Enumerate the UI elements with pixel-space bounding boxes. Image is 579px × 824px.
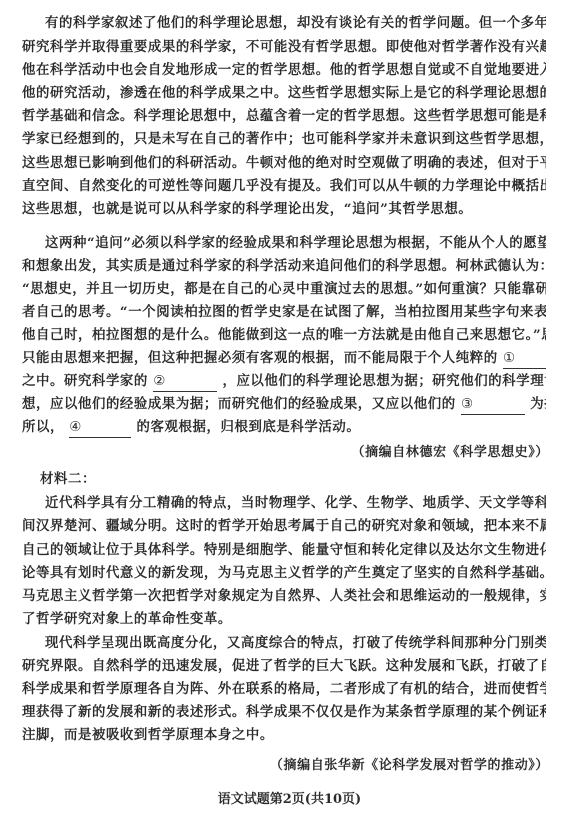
text-line: 科学成果和哲学原理各自为阵、外在联系的格局，二者形成了有机的结合，进而使哲学原 (22, 678, 546, 700)
exam-page: 有的科学家叙述了他们的科学理论思想，却没有谈论有关的哲学问题。但一个多年 研究科… (0, 0, 579, 824)
text-line: 自己的领域让位于具体科学。特别是细胞学、能量守恒和转化定律以及达尔文生物进化 (22, 539, 546, 561)
text-line: 者自己的思考。“一个阅读柏拉图的哲学史家是在试图了解，当柏拉图用某些字句来表达 (22, 301, 546, 323)
fill-blank-3[interactable]: ③ (461, 396, 525, 415)
text-line: 了哲学研究对象上的革命性变革。 (22, 608, 546, 630)
text-line: 现代科学呈现出既高度分化，又高度综合的特点，打破了传统学科间那种分门别类的 (45, 632, 546, 654)
text-fragment: 为据。 (530, 396, 546, 412)
text-line: 哲学基础和信念。科学理论思想中，总蕴含着一定的哲学思想。这些哲学思想可能是科 (22, 105, 546, 127)
text-line: 注脚，而是被吸收到哲学原理本身之中。 (22, 724, 546, 746)
text-line: 间汉界楚河、疆域分明。这时的哲学开始思考属于自己的研究对象和领域，把本来不属于 (22, 515, 546, 537)
text-line: 和想象出发，其实质是通过科学家的科学活动来追问他们的科学思想。柯林武德认为： (22, 255, 546, 277)
text-fragment: 之中。研究科学家的 (22, 373, 148, 389)
fill-blank-4[interactable]: ④ (69, 419, 131, 438)
page-footer: 语文试题第2页(共10页) (0, 790, 579, 810)
text-fragment: 想，应以他们的经验成果为据；而研究他们的经验成果，又应以他们的 (22, 396, 456, 412)
text-fragment: 的客观根据，归根到底是科学活动。 (137, 419, 361, 435)
fill-blank-2[interactable]: ② (153, 373, 217, 392)
text-line: 这些思想已影响到他们的科研活动。牛顿对他的绝对时空观做了明确的表述，但对于平 (22, 152, 546, 174)
text-line: 理获得了新的发展和新的表述形式。科学成果不仅仅是作为某条哲学原理的某个例证和 (22, 701, 546, 723)
section-heading: 材料二： (40, 468, 96, 490)
text-line: “思想史，并且一切历史，都是在自己的心灵中重演过去的思想。”如何重演？只能靠研究 (22, 278, 546, 300)
text-line-with-blank-1: 只能由思想来把握，但这种把握必须有客观的根据，而不能局限于个人纯粹的 ① (22, 347, 546, 369)
source-citation-1: （摘编自林德宏《科学思想史》） (351, 442, 549, 464)
text-line: 马克思主义哲学第一次把哲学对象规定为自然界、人类社会和思维运动的一般规律，实现 (22, 585, 546, 607)
text-line: 论等具有划时代意义的新发现，为马克思主义哲学的产生奠定了坚实的自然科学基础。 (22, 562, 546, 584)
text-line: 研究界限。自然科学的迅速发展，促进了哲学的巨大飞跃。这种发展和飞跃，打破了自然 (22, 655, 546, 677)
text-fragment: 所以， (22, 419, 64, 435)
text-line: 他自己时，柏拉图想的是什么。他能做到这一点的唯一方法就是由他自己来思想它。”思想 (22, 324, 546, 346)
text-line-with-blank-4: 所以， ④ 的客观根据，归根到底是科学活动。 (22, 416, 546, 438)
fill-blank-1[interactable]: ① (503, 350, 546, 369)
text-line: 学家已经想到的，只是未写在自己的著作中；也可能科学家并未意识到这些哲学思想，但 (22, 128, 546, 150)
text-line: 他的研究活动，渗透在他的科学成果之中。这些哲学思想实际上是它的科学理论思想的 (22, 82, 546, 104)
text-line: 他在科学活动中也会自发地形成一定的哲学思想。他的哲学思想自觉或不自觉地要进入 (22, 59, 546, 81)
text-line: 有的科学家叙述了他们的科学理论思想，却没有谈论有关的哲学问题。但一个多年 (45, 12, 546, 34)
source-citation-2: （摘编自张华新《论科学发展对哲学的推动》） (270, 755, 549, 777)
text-line: 直空间、自然变化的可逆性等问题几乎没有提及。我们可以从牛顿的力学理论中概括出 (22, 175, 546, 197)
text-line: 这两种“追问”必须以科学家的经验成果和科学理论思想为根据，不能从个人的愿望 (45, 232, 546, 254)
text-line: 这些思想，也就是说可以从科学家的科学理论出发，“追问”其哲学思想。 (22, 198, 546, 220)
text-line: 研究科学并取得重要成果的科学家，不可能没有哲学思想。即使他对哲学著作没有兴趣， (22, 36, 546, 58)
text-line-with-blank-3: 想，应以他们的经验成果为据；而研究他们的经验成果，又应以他们的 ③ 为据。 (22, 393, 546, 415)
text-fragment: ，应以他们的科学理论思想为据；研究他们的科学理论思 (222, 373, 546, 389)
text-fragment: 只能由思想来把握，但这种把握必须有客观的根据，而不能局限于个人纯粹的 (22, 350, 498, 366)
text-line-with-blank-2: 之中。研究科学家的 ② ，应以他们的科学理论思想为据；研究他们的科学理论思 (22, 370, 546, 392)
text-line: 近代科学具有分工精确的特点，当时物理学、化学、生物学、地质学、天文学等科学之 (45, 492, 546, 514)
